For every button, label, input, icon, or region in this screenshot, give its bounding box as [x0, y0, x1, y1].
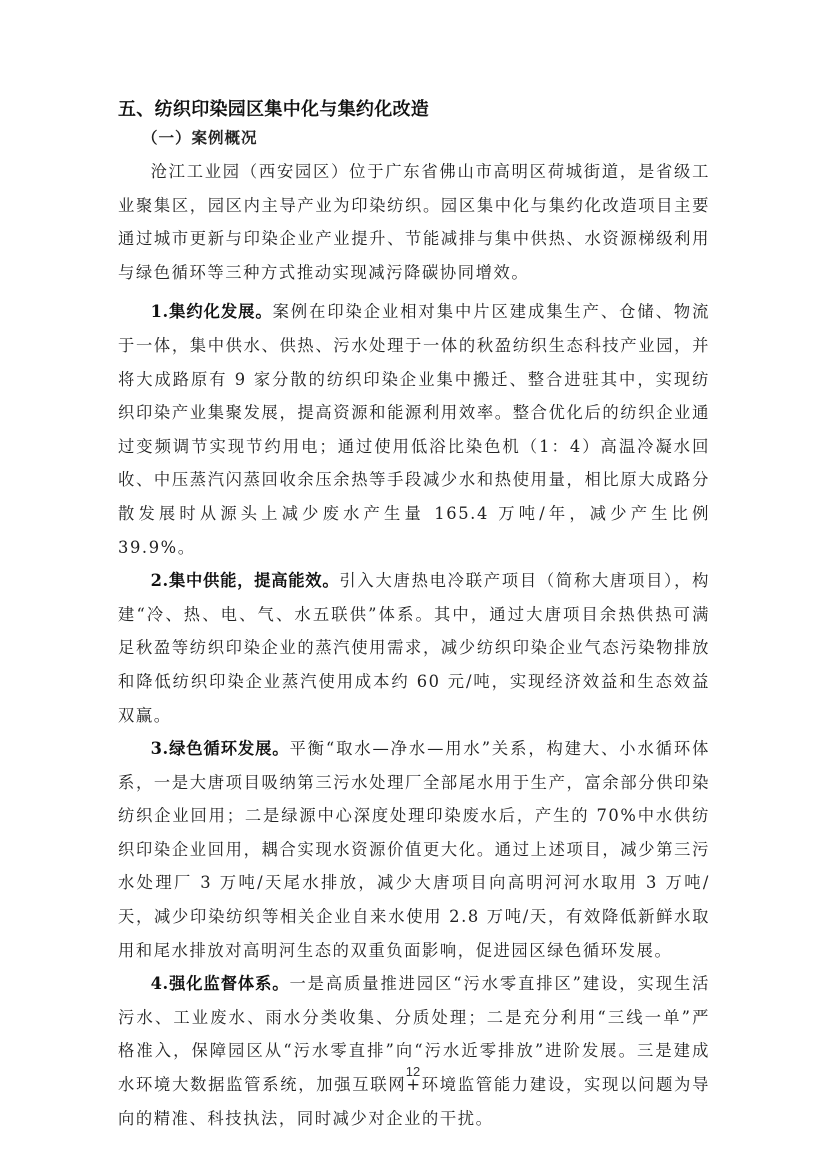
paragraph-lead: 1.集约化发展。	[151, 302, 273, 321]
paragraph-text: 一是高质量推进园区“污水零直排区”建设，实现生活污水、工业废水、雨水分类收集、分…	[118, 974, 710, 1127]
paragraph-overview: 沧江工业园（西安园区）位于广东省佛山市高明区荷城街道，是省级工业聚集区，园区内主…	[118, 155, 710, 289]
paragraph-lead: 3.绿色循环发展。	[151, 739, 290, 758]
paragraph-text: 引入大唐热电冷联产项目（简称大唐项目），构建“冷、热、电、气、水五联供”体系。其…	[118, 571, 710, 724]
paragraph-text: 平衡“取水—净水—用水”关系，构建大、小水循环体系，一是大唐项目吸纳第三污水处理…	[118, 739, 710, 960]
paragraph-text: 案例在印染企业相对集中片区建成集生产、仓储、物流于一体，集中供水、供热、污水处理…	[118, 302, 710, 556]
section-heading: 五、纺织印染园区集中化与集约化改造	[118, 97, 710, 123]
subsection-heading: （一）案例概况	[118, 123, 710, 153]
paragraph-intensive-development: 1.集约化发展。案例在印染企业相对集中片区建成集生产、仓储、物流于一体，集中供水…	[118, 295, 710, 564]
paragraph-centralized-energy: 2.集中供能，提高能效。引入大唐热电冷联产项目（简称大唐项目），构建“冷、热、电…	[118, 564, 710, 732]
document-page: 五、纺织印染园区集中化与集约化改造 （一）案例概况 沧江工业园（西安园区）位于广…	[0, 0, 826, 1169]
paragraph-lead: 4.强化监督体系。	[151, 974, 290, 993]
paragraph-lead: 2.集中供能，提高能效。	[151, 571, 340, 590]
paragraph-text: 沧江工业园（西安园区）位于广东省佛山市高明区荷城街道，是省级工业聚集区，园区内主…	[118, 162, 710, 282]
page-number: 12	[0, 1064, 826, 1079]
paragraph-green-circular: 3.绿色循环发展。平衡“取水—净水—用水”关系，构建大、小水循环体系，一是大唐项…	[118, 732, 710, 967]
page-content: 五、纺织印染园区集中化与集约化改造 （一）案例概况 沧江工业园（西安园区）位于广…	[118, 97, 710, 1135]
paragraph-supervision-system: 4.强化监督体系。一是高质量推进园区“污水零直排区”建设，实现生活污水、工业废水…	[118, 967, 710, 1135]
